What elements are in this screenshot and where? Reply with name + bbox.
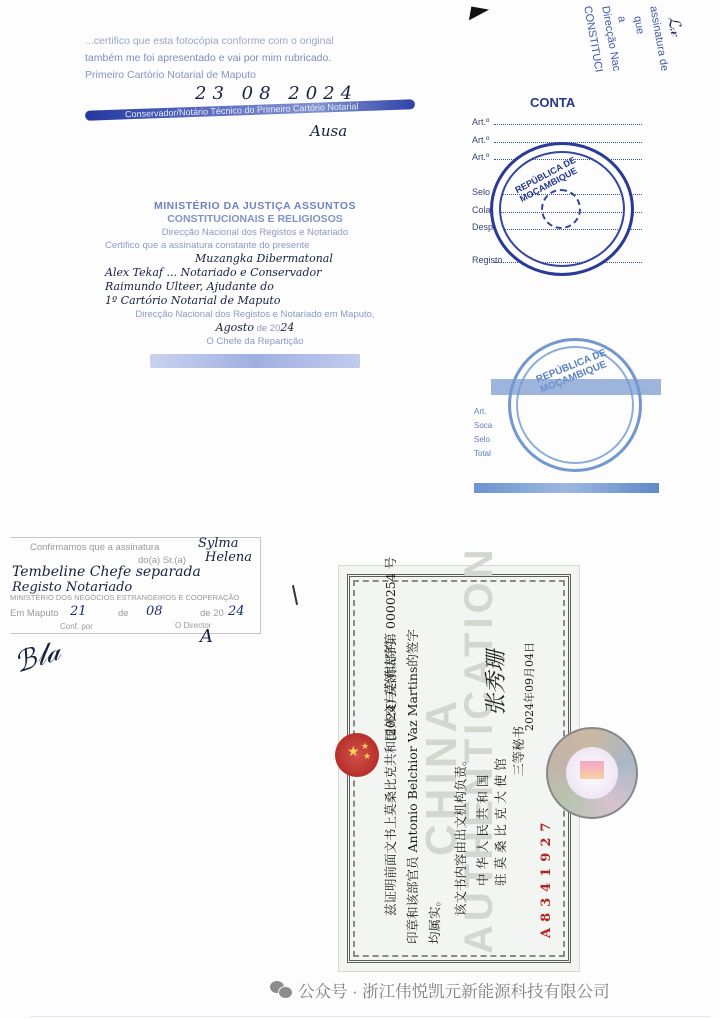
cert-embassy-2: 驻 莫 桑 比 克 大 使 馆	[491, 758, 509, 886]
stamp-2-bottom-band	[474, 483, 659, 493]
watermark-text: 公众号 · 浙江伟悦凯元新能源科技有限公司	[298, 978, 610, 1002]
date-line: Agosto de 2024	[105, 321, 405, 335]
stamp-2-row: Soca	[474, 419, 492, 433]
hologram-inner	[566, 747, 618, 799]
rotated-stamp-line: que	[631, 15, 646, 35]
emblem-star: ★	[363, 751, 371, 762]
cert-line-3: 均属实。	[425, 894, 443, 944]
wechat-icon	[270, 981, 292, 999]
certify-line: ...certifico que esta fotocópia conforme…	[85, 33, 415, 50]
ministry-line: MINISTÉRIO DOS NEGÓCIOS ESTRANGEIROS E C…	[10, 593, 239, 602]
rotated-stamp-signature: ℒ𝓍	[663, 15, 686, 37]
handwritten-line: Alex Tekaf ... Notariado e Conservador	[105, 266, 405, 280]
cert-serial-number: A8341927	[539, 817, 554, 938]
notary-certification-block-1: ...certifico que esta fotocópia conforme…	[85, 33, 415, 84]
stamp-2-row: Total	[474, 447, 492, 461]
foreign-affairs-confirmation: Confirmamos que a assinatura Sylma do(a)…	[10, 537, 261, 634]
notary-footer-stamp: Conservador/Notário Técnico do Primeiro …	[85, 99, 415, 121]
handwritten-line: Raimundo Ulteer, Ajudante do	[105, 280, 405, 294]
cert-line-2: 印章和该部官员 Antonio Belchior Vaz Martins的签字	[403, 629, 421, 944]
notary-footer-text: Conservador/Notário Técnico do Primeiro …	[125, 98, 359, 123]
conta-title: CONTA	[530, 95, 575, 110]
conf-por-label: Conf. por	[60, 622, 93, 631]
confirm-line-1: Confirmamos que a assinatura	[30, 542, 159, 553]
seal-2-band	[491, 379, 661, 395]
cert-embassy-1: 中 华 人 民 共 和 国	[473, 775, 491, 886]
confirm-year: 24	[228, 604, 245, 619]
mozambique-seal-2: REPÚBLICA DE MOÇAMBIQUE	[508, 338, 642, 472]
conta-row: Art.º	[472, 117, 642, 127]
handwritten-month: Agosto	[216, 321, 254, 334]
mozambique-seal-1: REPÚBLICA DE MOÇAMBIQUE	[490, 142, 634, 276]
stamp-2-row: Art.	[474, 405, 492, 419]
confirm-month: 08	[146, 604, 163, 619]
tick-mark	[292, 585, 298, 605]
stamp-2-row: Selo	[474, 433, 492, 447]
cert-line-1-pre: (2024) 莫领认字第 0000254 号	[381, 557, 399, 741]
notary-certification-block-2: MINISTÉRIO DA JUSTIÇA ASSUNTOS CONSTITUC…	[105, 200, 405, 368]
chief-signature-stamp	[150, 354, 360, 368]
document-page: ...certifico que esta fotocópia conforme…	[0, 0, 720, 1019]
cert-date: 2024年09月04日	[521, 642, 537, 731]
consul-signature: 张秀珊	[479, 650, 510, 716]
handwritten-line: Muzangka Dibermatonal	[105, 252, 405, 266]
director-mark: A	[200, 626, 213, 647]
year-prefix: de 20	[200, 608, 224, 619]
page-corner-mark	[469, 7, 489, 24]
seal-1-emblem	[541, 189, 581, 229]
stamp-2-rows: Art. Soca Selo Total	[474, 405, 492, 461]
notary-signature: Ausa	[310, 123, 347, 140]
rotated-stamp-line: a	[615, 15, 628, 23]
certify-signature-line: Certifico que a assinatura constante do …	[105, 239, 405, 252]
year-prefix: de 20	[257, 323, 281, 334]
confirm-day: 21	[70, 604, 87, 619]
ministry-heading-2: CONSTITUCIONAIS E RELIGIOSOS	[105, 213, 405, 226]
cert-embassy-3: 三等秘书	[509, 726, 527, 776]
wechat-account-watermark: 公众号 · 浙江伟悦凯元新能源科技有限公司	[270, 978, 610, 1002]
place-label: Em Maputo	[10, 608, 59, 619]
cert-line-4: 该文书内容由出文机构负责。	[451, 753, 469, 916]
confirm-hand-1: Sylma	[198, 536, 239, 551]
de-label: de	[118, 608, 129, 619]
confirm-hand-3: Tembeline Chefe separada	[12, 564, 201, 580]
handwritten-line: 1º Cartório Notarial de Maputo	[105, 294, 405, 308]
hologram-security-seal	[546, 727, 638, 819]
chief-label: O Chefe da Repartição	[105, 335, 405, 348]
emblem-star: ★	[347, 743, 360, 760]
rotated-stamp-line: assinatura de	[647, 5, 670, 72]
confirmation-signature: ℬ𝓁𝒶	[10, 634, 65, 681]
bottom-divider	[30, 1016, 710, 1017]
directorate-line: Direcção Nacional dos Registos e Notaria…	[105, 226, 405, 239]
china-national-emblem: ★ ★ ★	[335, 733, 379, 777]
rubric-line: também me foi apresentado e vai por mim …	[85, 50, 415, 67]
office-line: Primeiro Cartório Notarial de Maputo	[85, 67, 415, 84]
rotated-stamp-top-right: CONSTITUCI Direcção Nac a que assinatura…	[575, 5, 715, 105]
ministry-heading-1: MINISTÉRIO DA JUSTIÇA ASSUNTOS	[105, 200, 405, 213]
confirm-hand-2: Helena	[205, 550, 252, 565]
place-line: Direcção Nacional dos Registos e Notaria…	[105, 308, 405, 321]
hologram-flag-icon	[580, 761, 604, 779]
handwritten-year: 24	[280, 321, 294, 334]
